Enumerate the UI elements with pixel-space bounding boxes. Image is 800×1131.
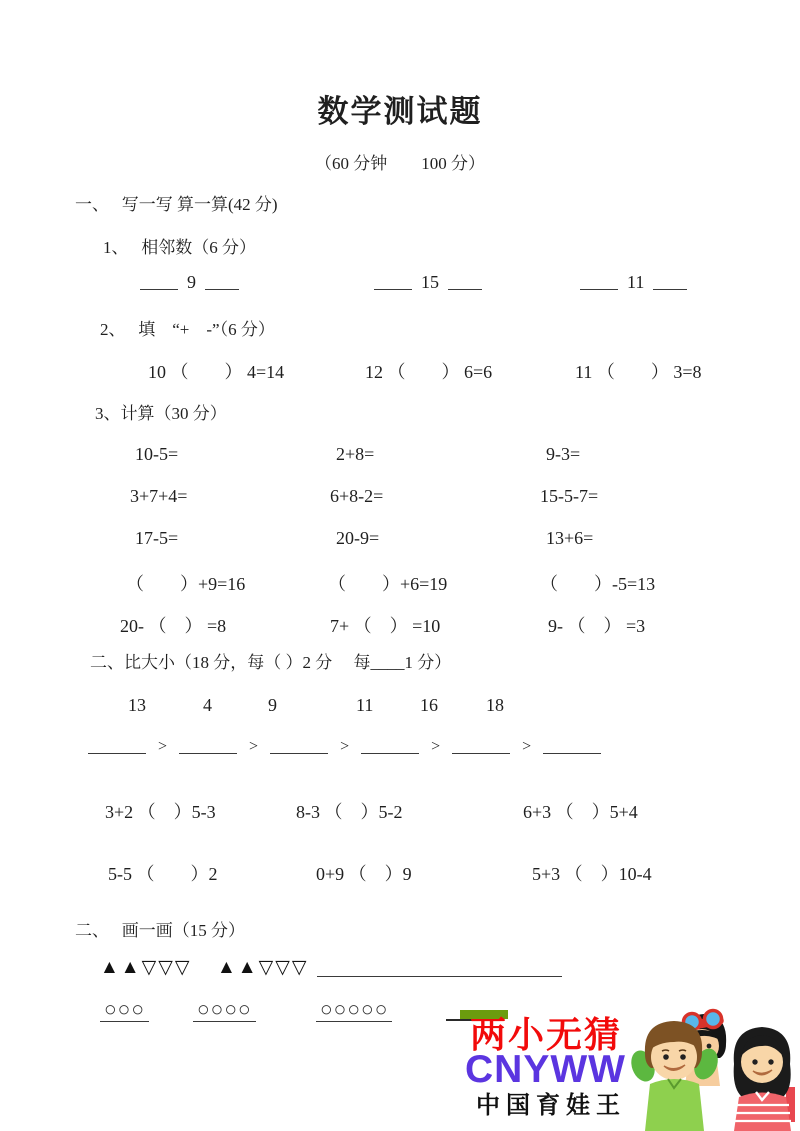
greater-than-sign: >	[522, 738, 531, 756]
calc-heading: 3、计算（30 分）	[95, 403, 227, 425]
calc-item: 9-3=	[546, 444, 580, 465]
calc-item: 2+8=	[336, 444, 374, 465]
answer-blank	[543, 736, 601, 754]
compare-numbers-row: 13 4 9 11 16 18	[0, 695, 800, 721]
worksheet-page: 数学测试题 （60 分钟 100 分） 一、 写一写 算一算(42 分) 1、 …	[0, 0, 800, 1131]
watermark-dash	[446, 1019, 473, 1021]
compare-row: 3+2 （ ）5-3 8-3 （ ）5-2 6+3 （ ）5+4	[0, 798, 800, 824]
compare-item: 3+2 （ ）5-3	[105, 798, 216, 824]
circle-group: ○○○○	[193, 998, 256, 1022]
calc-row: 17-5= 20-9= 13+6=	[0, 528, 800, 554]
watermark-tagline-text: 中国育娃王	[476, 1092, 626, 1120]
compare-number: 13	[128, 695, 146, 716]
circle-group: ○○○○○	[316, 998, 392, 1022]
adjacent-numbers-heading: 1、 相邻数（6 分）	[103, 237, 256, 259]
answer-blank	[448, 272, 482, 290]
answer-blank	[270, 736, 328, 754]
answer-blank	[653, 272, 687, 290]
given-number: 15	[421, 272, 439, 292]
adjacent-numbers-row: 9 15 11	[0, 272, 800, 298]
triangle-group: ▲▲▽▽▽	[100, 956, 191, 979]
calc-item: 3+7+4=	[130, 486, 187, 507]
section-two-heading: 二、比大小（18 分，每（ ）2 分 每____1 分）	[90, 652, 451, 674]
calc-item: 6+8-2=	[330, 486, 383, 507]
compare-item: 6+3 （ ）5+4	[523, 798, 638, 824]
triangles-row: ▲▲▽▽▽ ▲▲▽▽▽	[0, 956, 800, 982]
compare-item: 8-3 （ ）5-2	[296, 798, 403, 824]
calc-item: （ ）-5=13	[540, 570, 655, 596]
compare-item: 5-5 （ ）2	[108, 860, 218, 886]
answer-blank	[179, 736, 237, 754]
compare-number: 4	[203, 695, 212, 716]
answer-line	[317, 956, 562, 977]
calc-item: 15-5-7=	[540, 486, 598, 507]
compare-row: 5-5 （ ）2 0+9 （ ）9 5+3 （ ）10-4	[0, 860, 800, 886]
calc-item: （ ）+6=19	[328, 570, 447, 596]
ordering-row: >>>>>	[88, 736, 601, 757]
compare-item: 0+9 （ ）9	[316, 860, 412, 886]
triangle-group: ▲▲▽▽▽	[217, 956, 308, 979]
calc-item: 7+ （ ） =10	[330, 612, 440, 638]
calc-row: 10-5= 2+8= 9-3=	[0, 444, 800, 470]
answer-blank	[374, 272, 412, 290]
adjacent-item: 15	[374, 272, 482, 293]
section-one-heading: 一、 写一写 算一算(42 分)	[75, 194, 278, 216]
greater-than-sign: >	[249, 738, 258, 756]
calc-item: 17-5=	[135, 528, 178, 549]
answer-blank	[452, 736, 510, 754]
compare-number: 9	[268, 695, 277, 716]
adjacent-item: 9	[140, 272, 239, 293]
compare-number: 11	[356, 695, 373, 716]
page-subtitle: （60 分钟 100 分）	[0, 149, 800, 174]
adjacent-item: 11	[580, 272, 687, 293]
compare-number: 18	[486, 695, 504, 716]
greater-than-sign: >	[158, 738, 167, 756]
answer-blank	[580, 272, 618, 290]
greater-than-sign: >	[431, 738, 440, 756]
answer-blank	[205, 272, 239, 290]
compare-item: 5+3 （ ）10-4	[532, 860, 652, 886]
cartoon-characters-illustration	[616, 1002, 798, 1131]
calc-item: 9- （ ） =3	[548, 612, 645, 638]
fill-sign-item: 11 （ ） 3=8	[575, 358, 701, 384]
calc-row: 20- （ ） =8 7+ （ ） =10 9- （ ） =3	[0, 612, 800, 638]
watermark-latin-text: CNYWW	[465, 1050, 626, 1090]
compare-number: 16	[420, 695, 438, 716]
answer-blank	[140, 272, 178, 290]
given-number: 9	[187, 272, 196, 292]
calc-row: 3+7+4= 6+8-2= 15-5-7=	[0, 486, 800, 512]
calc-item: 20- （ ） =8	[120, 612, 226, 638]
fill-sign-item: 12 （ ） 6=6	[365, 358, 492, 384]
fill-sign-heading: 2、 填 “+ -”（6 分）	[100, 319, 275, 341]
calc-row: （ ）+9=16 （ ）+6=19 （ ）-5=13	[0, 570, 800, 596]
calc-item: （ ）+9=16	[126, 570, 245, 596]
given-number: 11	[627, 272, 644, 292]
greater-than-sign: >	[340, 738, 349, 756]
calc-item: 20-9=	[336, 528, 379, 549]
fill-sign-item: 10 （ ） 4=14	[148, 358, 284, 384]
page-title: 数学测试题	[0, 86, 800, 131]
calc-item: 13+6=	[546, 528, 593, 549]
answer-blank	[88, 736, 146, 754]
circle-group: ○○○	[100, 998, 149, 1022]
girl-red-shirt	[734, 1027, 791, 1131]
answer-blank	[361, 736, 419, 754]
fill-sign-row: 10 （ ） 4=14 12 （ ） 6=6 11 （ ） 3=8	[0, 358, 800, 384]
calc-item: 10-5=	[135, 444, 178, 465]
section-three-heading: 二、 画一画（15 分）	[75, 920, 245, 942]
